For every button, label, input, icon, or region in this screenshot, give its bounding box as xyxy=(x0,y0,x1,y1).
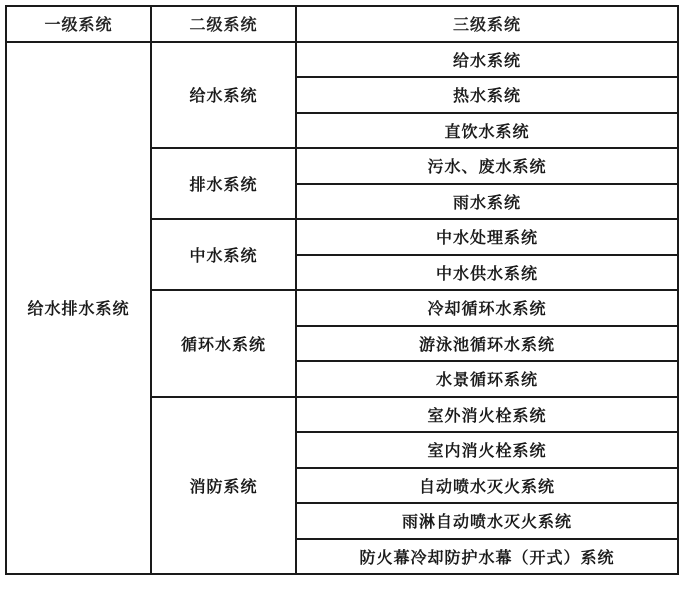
level3-cell: 防火幕冷却防护水幕（开式）系统 xyxy=(296,539,678,575)
level3-cell: 热水系统 xyxy=(296,77,678,113)
header-level1: 一级系统 xyxy=(6,6,151,42)
level3-cell: 给水系统 xyxy=(296,42,678,78)
header-row: 一级系统 二级系统 三级系统 xyxy=(6,6,678,42)
header-level2: 二级系统 xyxy=(151,6,296,42)
table-row: 给水排水系统 给水系统 给水系统 xyxy=(6,42,678,78)
level3-cell: 污水、废水系统 xyxy=(296,148,678,184)
system-classification-table: 一级系统 二级系统 三级系统 给水排水系统 给水系统 给水系统 热水系统 直饮水… xyxy=(5,5,679,575)
system-classification-table-wrapper: 一级系统 二级系统 三级系统 给水排水系统 给水系统 给水系统 热水系统 直饮水… xyxy=(5,5,679,575)
level2-cell-drainage: 排水系统 xyxy=(151,148,296,219)
level3-cell: 中水供水系统 xyxy=(296,255,678,291)
level3-cell: 室外消火栓系统 xyxy=(296,397,678,433)
level2-cell-reclaimed-water: 中水系统 xyxy=(151,219,296,290)
level1-cell: 给水排水系统 xyxy=(6,42,151,575)
level2-cell-circulating-water: 循环水系统 xyxy=(151,290,296,397)
level3-cell: 自动喷水灭火系统 xyxy=(296,468,678,504)
level2-cell-water-supply: 给水系统 xyxy=(151,42,296,149)
level3-cell: 冷却循环水系统 xyxy=(296,290,678,326)
level3-cell: 雨淋自动喷水灭火系统 xyxy=(296,503,678,539)
header-level3: 三级系统 xyxy=(296,6,678,42)
level2-cell-fire-protection: 消防系统 xyxy=(151,397,296,575)
level3-cell: 中水处理系统 xyxy=(296,219,678,255)
level3-cell: 水景循环系统 xyxy=(296,361,678,397)
level3-cell: 雨水系统 xyxy=(296,184,678,220)
level3-cell: 游泳池循环水系统 xyxy=(296,326,678,362)
level3-cell: 直饮水系统 xyxy=(296,113,678,149)
level3-cell: 室内消火栓系统 xyxy=(296,432,678,468)
